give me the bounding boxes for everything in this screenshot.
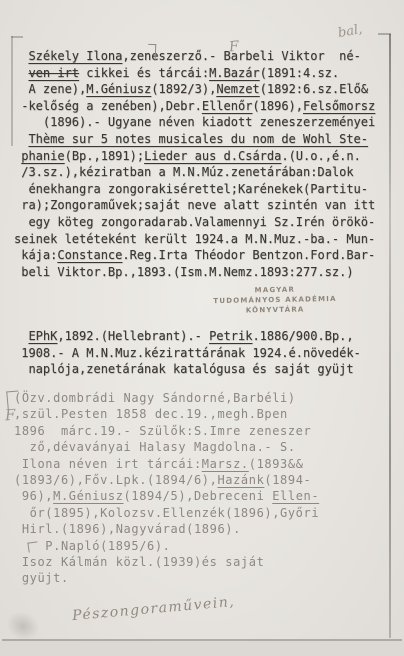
typed-segment: EPhK (28, 329, 57, 343)
typed-segment: ra);Zongoraművek;saját neve alatt szinté… (14, 198, 375, 212)
typed-line: énekhangra zongorakisérettel;Karénekek(P… (14, 181, 375, 198)
typed-segment: M.Géniusz (53, 489, 123, 503)
card-edge-left (11, 36, 13, 146)
typed-line: Székely Ilona,zeneszerző.- Barbeli Vikto… (14, 48, 375, 65)
typed-segment: ző,dévaványai Halasy Magdolna.- S. (14, 440, 296, 454)
typed-segment: Thème sur 5 notes musicales du nom de Wo… (28, 132, 368, 146)
typed-segment: (Bp.,1891); (65, 149, 144, 163)
typed-segment: .Reg.Irta Théodor Bentzon.Ford.Bar- (122, 248, 375, 262)
typed-line: Isoz Kálmán közl.(1939)és saját (14, 554, 319, 570)
typed-segment: phanie (21, 149, 64, 163)
typed-segment: Ellenőr (202, 99, 253, 113)
typed-segment: Felsőmorsz (303, 99, 375, 113)
typed-segment: (1894- (264, 473, 311, 487)
typed-line: (Özv.dombrádi Nagy Sándorné,Barbéli) (14, 390, 319, 406)
typed-line: Thème sur 5 notes musicales du nom de Wo… (14, 131, 375, 148)
scanned-catalog-card: Székely Ilona,zeneszerző.- Barbeli Vikto… (0, 0, 404, 656)
handwritten-insert-mark: F (228, 39, 239, 56)
typed-line: seinek letéteként került 1924.a M.N.Muz.… (14, 231, 375, 248)
pencil-bracket-left-margin (6, 391, 20, 410)
typed-line: kája:Constance.Reg.Irta Théodor Bentzon.… (14, 247, 375, 264)
library-stamp: MAGYAR TUDOMÁNYOS AKADÉMIA KÖNYVTÁRA (200, 284, 351, 317)
pencil-bracket-after-ilona (148, 44, 157, 60)
typed-segment: ven irt (28, 66, 79, 80)
typed-line: ra);Zongoraművek;saját neve alatt szinté… (14, 197, 375, 214)
scan-margin-bottom (0, 641, 404, 656)
typed-segment: Constance (57, 248, 122, 262)
typed-line: 1908.- A M.N.Muz.kézirattárának 1924.é.n… (14, 345, 361, 362)
typed-line: P.Napló(1895/6). (14, 538, 319, 554)
typed-segment: ,1892.(Hellebrant).- (57, 329, 209, 343)
typed-line: gyüjt. (14, 570, 319, 586)
typed-segment: Hazánk (217, 473, 264, 487)
handwritten-note-bottom: Pészongoraművein, (72, 594, 236, 624)
typed-segment: Marsz. (202, 457, 249, 471)
typed-line: beli Viktor.Bp.,1893.(Ism.M.Nemz.1893:27… (14, 264, 375, 281)
typed-line: -kelőség a zenében),Debr.Ellenőr(1896),F… (14, 98, 375, 115)
typed-segment: -kelőség a zenében),Debr. (14, 99, 202, 113)
typed-segment: (1893&& (249, 457, 304, 471)
typed-segment: 96), (14, 489, 53, 503)
card-corner-top-left (11, 36, 23, 38)
typed-segment: Nemzet (216, 82, 259, 96)
typed-segment: Ilona néven irt tárcái: (14, 457, 202, 471)
typed-segment (14, 66, 28, 80)
typed-line: egy köteg zongoradarab.Valamennyi Sz.Iré… (14, 214, 375, 231)
typed-segment: Ellen- (272, 489, 319, 503)
typed-segment: Lieder aus d.Csárda (144, 149, 281, 163)
typed-segment: (1891:4.sz. (260, 66, 339, 80)
typed-segment: M.Géniusz (86, 82, 151, 96)
typed-segment: Isoz Kálmán közl.(1939)és saját (14, 555, 264, 569)
typed-segment: 1896 márc.19.- Szülők:S.Imre zeneszer (14, 424, 311, 438)
typed-segment: egy köteg zongoradarab.Valamennyi Sz.Iré… (14, 215, 375, 229)
typed-segment (14, 49, 28, 63)
typed-segment: énekhangra zongorakisérettel;Karénekek(P… (14, 182, 368, 196)
typed-line: őr(1895),Kolozsv.Ellenzék(1896),Győri (14, 505, 319, 521)
typed-segment: M.Bazár (209, 66, 260, 80)
typed-segment: (1892:6.sz.Elő& (260, 82, 368, 96)
typed-segment: seinek letéteként került 1924.a M.N.Muz.… (14, 232, 375, 246)
typed-segment: A zene), (14, 82, 86, 96)
typed-line: 1896 márc.19.- Szülők:S.Imre zeneszer (14, 423, 319, 439)
pencil-bracket-before-naplo (27, 541, 38, 552)
typed-segment: gyüjt. (14, 571, 69, 585)
typed-segment: (1892/3), (151, 82, 216, 96)
typed-segment: .1886/900.Bp., (252, 329, 353, 343)
typed-segment: ,szül.Pesten 1858 dec.19.,megh.Bpen (14, 407, 288, 421)
typed-line: 96),M.Géniusz(1894/5),Debreceni Ellen- (14, 488, 319, 504)
card-edge-right (389, 34, 391, 638)
typed-line: ző,dévaványai Halasy Magdolna.- S. (14, 439, 319, 455)
handwritten-note-top-right: bal, (337, 22, 364, 41)
typed-segment: (1893/6),Főv.Lpk.(1894/6), (14, 473, 217, 487)
typed-segment: (Özv.dombrádi Nagy Sándorné,Barbéli) (14, 391, 296, 405)
typed-segment: őr(1895),Kolozsv.Ellenzék(1896),Győri (14, 506, 319, 520)
typed-segment: Hirl.(1896),Nagyvárad(1896). (14, 522, 241, 536)
typed-segment (14, 132, 28, 146)
typed-line: (1896).- Ugyane néven kiadott zeneszerze… (14, 114, 375, 131)
typed-segment: beli Viktor.Bp.,1893.(Ism.M.Nemz.1893:27… (14, 265, 354, 279)
typed-segment: Székely Ilona (28, 49, 122, 63)
typed-line: phanie(Bp.,1891);Lieder aus d.Csárda.(U.… (14, 148, 375, 165)
typed-line: ven irt cikkei és tárcái:M.Bazár(1891:4.… (14, 65, 375, 82)
typed-segment: Petrik (209, 329, 252, 343)
typed-segment: (1894/5),Debreceni (124, 489, 273, 503)
typed-line: (1893/6),Főv.Lpk.(1894/6),Hazánk(1894- (14, 472, 319, 488)
typed-line: Ilona néven irt tárcái:Marsz.(1893&& (14, 456, 319, 472)
typed-segment (14, 329, 28, 343)
typed-line: Hirl.(1896),Nagyvárad(1896). (14, 521, 319, 537)
typed-line: EPhK,1892.(Hellebrant).- Petrik.1886/900… (14, 328, 361, 345)
typed-line: A zene),M.Géniusz(1892/3),Nemzet(1892:6.… (14, 81, 375, 98)
typed-segment: /3.sz.),kéziratban a M.N.Múz.zenetárában… (14, 165, 354, 179)
typed-segment: naplója,zenetárának katalógusa és saját … (14, 362, 354, 376)
typed-segment: .(U.o.,é.n. (281, 149, 360, 163)
typed-line: naplója,zenetárának katalógusa és saját … (14, 361, 361, 378)
typed-segment: (1896).- Ugyane néven kiadott zeneszerze… (14, 115, 375, 129)
typed-line: /3.sz.),kéziratban a M.N.Múz.zenetárában… (14, 164, 375, 181)
bibliography-block: EPhK,1892.(Hellebrant).- Petrik.1886/900… (14, 328, 361, 378)
typed-line: ,szül.Pesten 1858 dec.19.,megh.Bpen (14, 406, 319, 422)
typed-text-block: Székely Ilona,zeneszerző.- Barbeli Vikto… (14, 48, 375, 280)
typed-segment: 1908.- A M.N.Muz.kézirattárának 1924.é.n… (14, 346, 361, 360)
typed-segment: kája: (14, 248, 57, 262)
typed-segment: ,zeneszerző.- Barbeli Viktor né- (122, 49, 360, 63)
faint-typed-block: (Özv.dombrádi Nagy Sándorné,Barbéli),szü… (14, 390, 319, 587)
typed-segment: (1896), (252, 99, 303, 113)
typed-segment: cikkei és tárcái: (79, 66, 209, 80)
